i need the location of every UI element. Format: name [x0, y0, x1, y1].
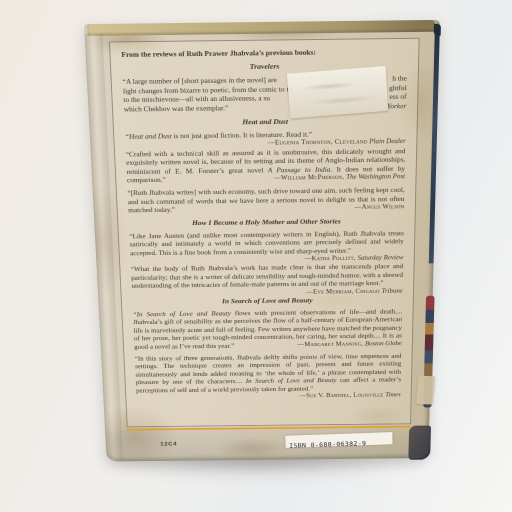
quote-fragment: Yorker	[387, 101, 407, 110]
book-title-love-and-beauty: In Search of Love and Beauty	[132, 295, 403, 307]
quote-italic: A Passage to India	[268, 165, 331, 174]
quote-fragment: ess of	[389, 92, 406, 101]
quote-fragment: h the	[392, 74, 407, 83]
review-quote: “Crafted with a technical skill as assur…	[126, 147, 406, 185]
attribution-name: —Eve Merriam, Chicago	[306, 287, 382, 295]
attribution-name: —Margaret Manning,	[297, 340, 365, 348]
quote-italic: In Search of Love and Beauty	[246, 376, 337, 385]
attribution-name: —Angus Wilson	[354, 203, 404, 211]
printing-code: 12C4	[160, 441, 177, 447]
review-attribution: —Eve Merriam, Chicago Tribune	[306, 287, 403, 296]
worn-top-corner	[434, 24, 441, 36]
attribution-source: Boston Globe	[365, 340, 402, 347]
photo-background: From the reviews of Ruth Prawer Jhabvala…	[0, 0, 512, 512]
quote-text: “Like Jane Austen (and unlike most conte…	[129, 229, 404, 257]
review-attribution: —Margaret Manning, Boston Globe	[297, 340, 401, 349]
reviews-intro: From the reviews of Ruth Prawer Jhabvala…	[121, 47, 407, 60]
book-title-heat-and-dust: Heat and Dust	[124, 116, 406, 129]
review-attribution: —Angus Wilson	[354, 203, 404, 212]
review-quote: “[Ruth Jhabvala writes] with such econom…	[127, 186, 404, 215]
book-page-edges	[87, 20, 435, 36]
review-attribution: —William McPherson, The Washington Post	[274, 173, 405, 183]
review-quote: “In Search of Love and Beauty flows with…	[133, 307, 403, 350]
review-quote: “Like Jane Austen (and unlike most conte…	[129, 229, 404, 257]
attribution-name: —Sue V. Barthel, Louisville	[299, 391, 385, 399]
attribution-source: Tribune	[382, 287, 403, 294]
quote-text: which Chekhov was the exemplar.”	[124, 103, 229, 113]
book-title-holy-mother: How I Became a Holy Mother and Other Sto…	[129, 216, 405, 228]
attribution-source: The Washington Post	[346, 173, 405, 181]
review-attribution: —Sue V. Barthel, Louisville Times	[299, 391, 400, 400]
board-edge	[429, 29, 440, 264]
attribution-source: Plain Dealer	[369, 138, 405, 146]
attribution-name: —Eugenia Thornton, Cleveland	[268, 138, 370, 147]
review-quote: “Heat and Dust is not just good fiction.…	[125, 129, 406, 141]
quote-fragment: ghtful	[389, 83, 407, 92]
review-quote: “In this story of three generations, Jha…	[135, 352, 402, 394]
tape-patch	[287, 66, 388, 119]
book-back-cover: From the reviews of Ruth Prawer Jhabvala…	[84, 20, 440, 462]
attribution-name: —Katha Pollitt,	[304, 254, 357, 262]
attribution-source: Times	[385, 391, 401, 398]
attribution-source: Saturday Review	[358, 254, 404, 262]
tape-patch-edge	[416, 376, 435, 405]
quote-text: “What the body of Ruth Jhabvala’s work h…	[131, 262, 404, 289]
quote-italic: “Heat and Dust	[125, 132, 172, 141]
quote-text: is not just good fiction. It is literatu…	[172, 130, 312, 140]
attribution-name: —William McPherson,	[274, 173, 346, 181]
review-quote: “What the body of Ruth Jhabvala’s work h…	[131, 262, 404, 290]
